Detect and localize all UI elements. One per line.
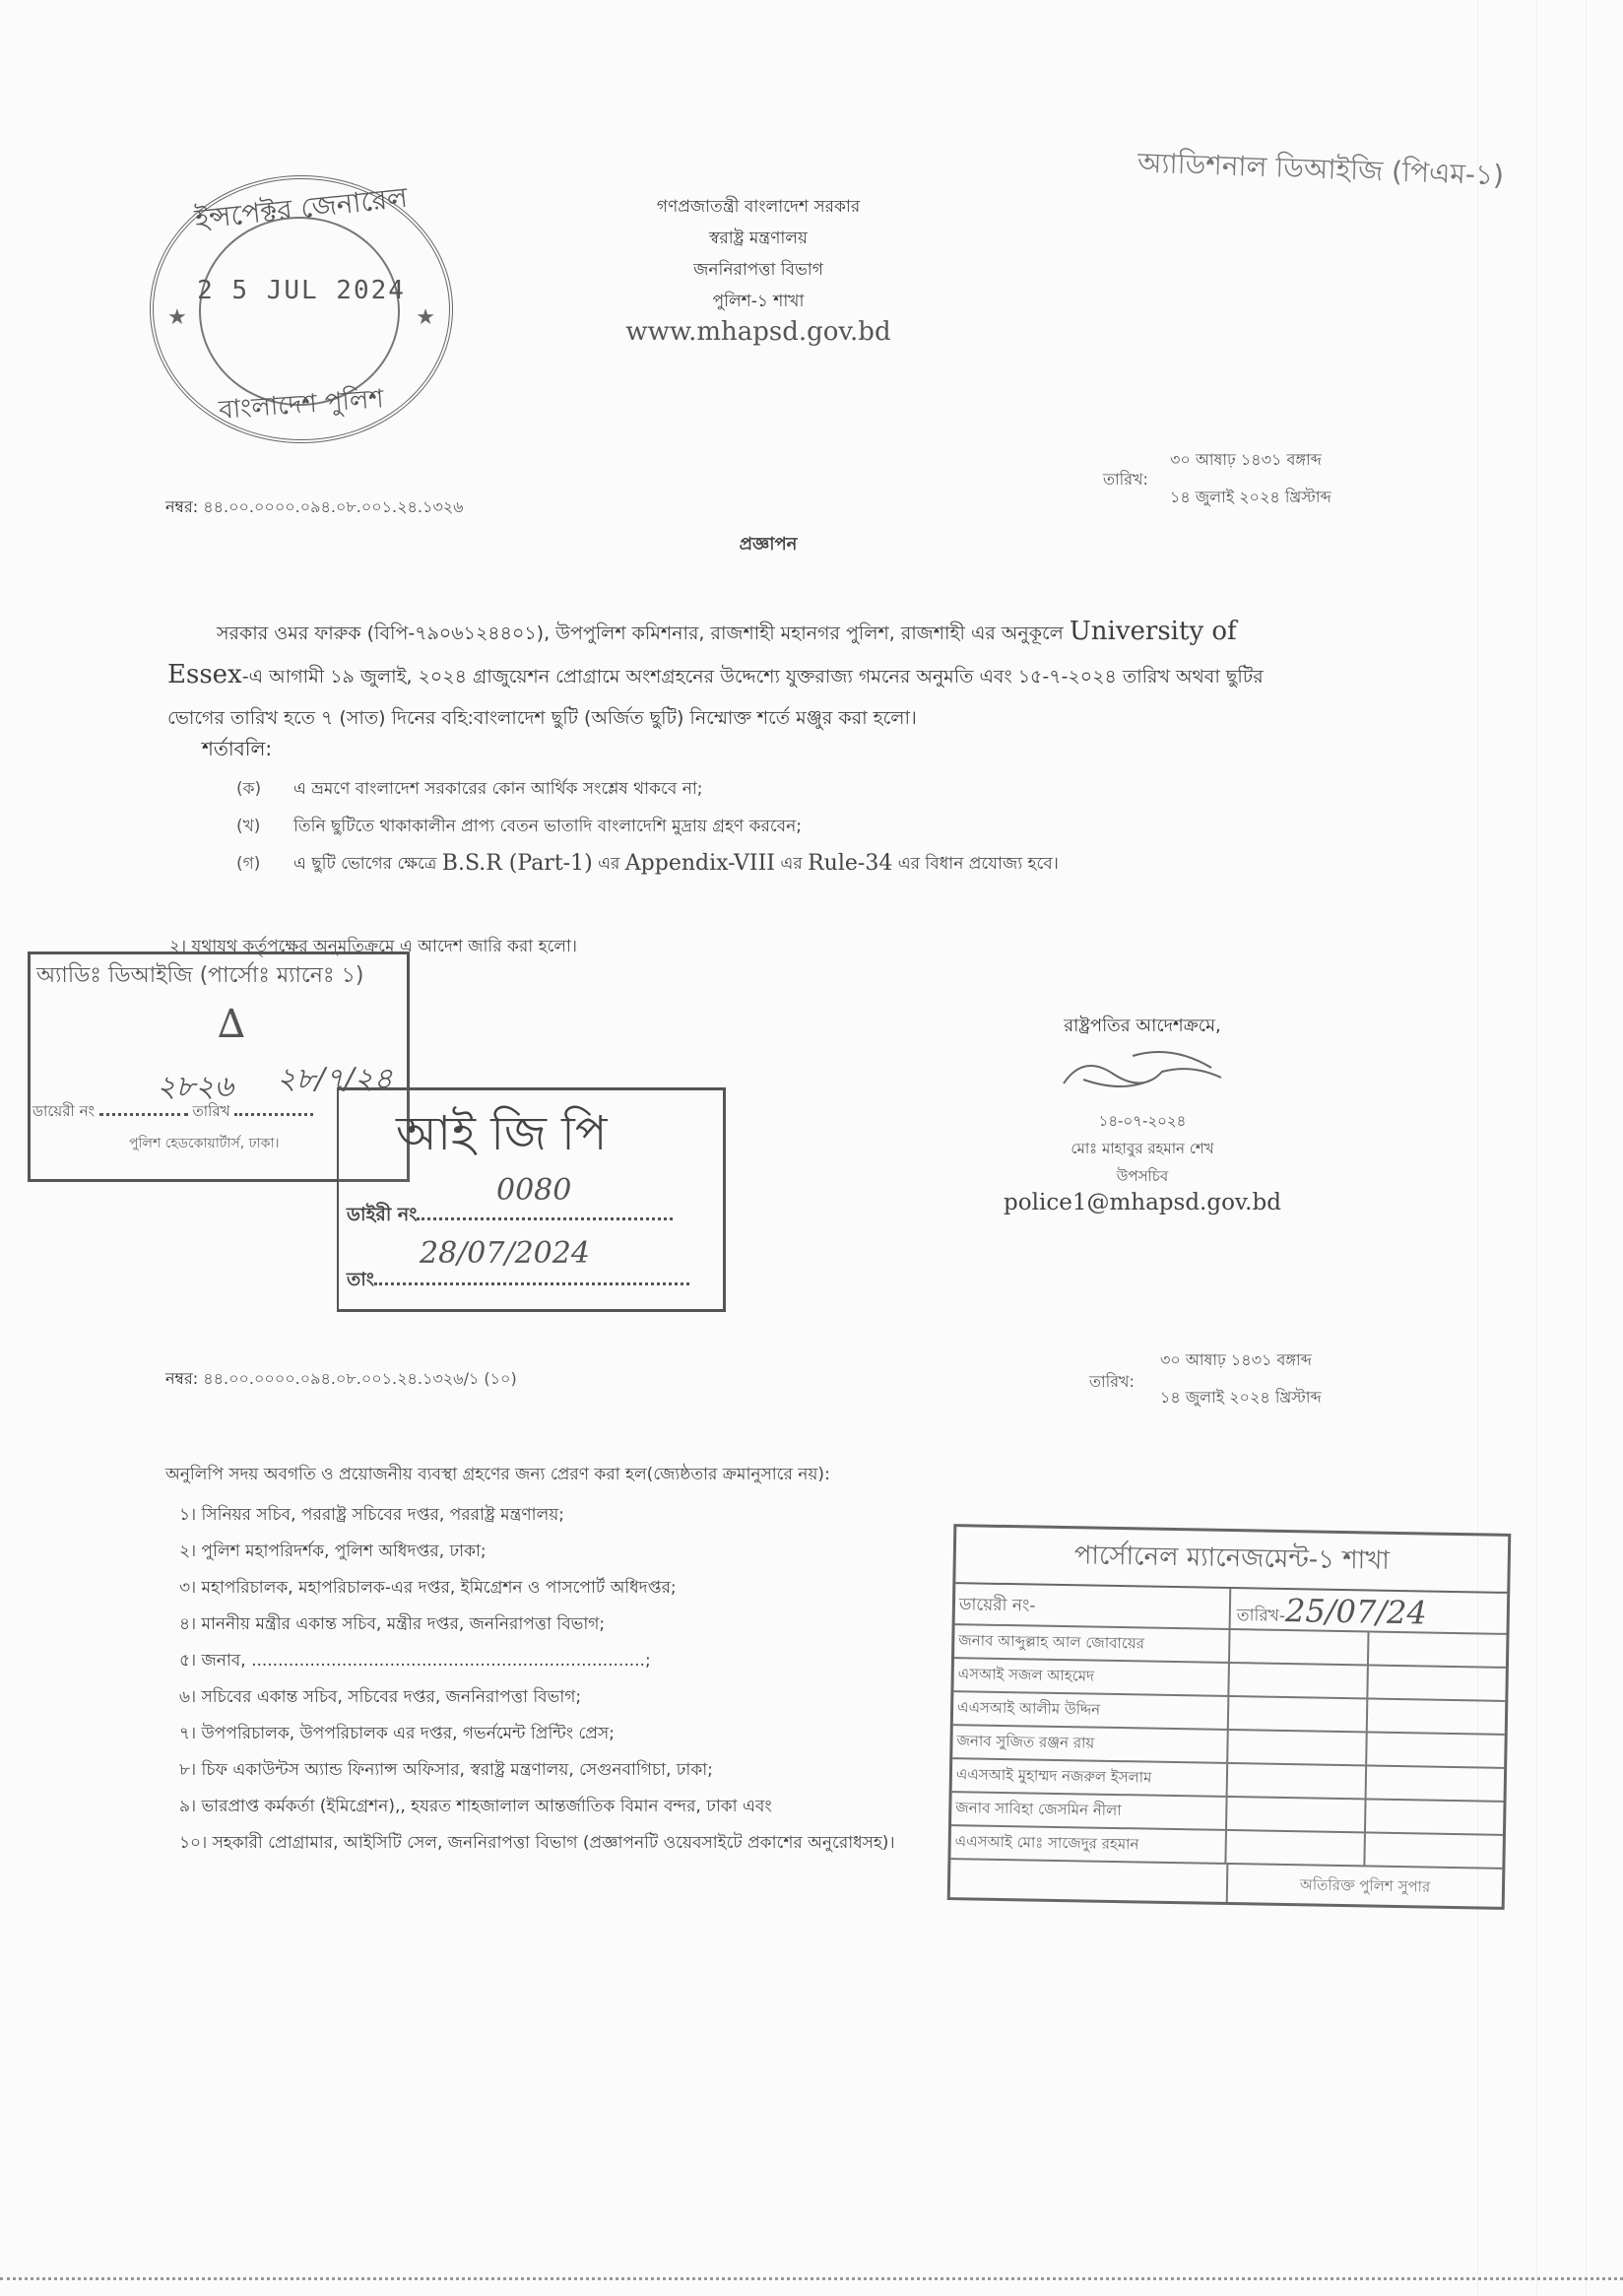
conditions-title: শর্তাবলি: xyxy=(202,735,272,767)
igp-date-row: তাং xyxy=(347,1266,689,1297)
division-name: জননিরাপত্তা বিভাগ xyxy=(552,254,965,286)
copy-memo-date-label: তারিখ: xyxy=(1089,1369,1135,1396)
scan-edge xyxy=(0,2277,1623,2280)
seal-inner-ring xyxy=(199,217,400,406)
copy-memo-date: ৩০ আষাঢ় ১৪৩১ বঙ্গাব্দ ১৪ জুলাই ২০২৪ খ্র… xyxy=(1160,1342,1322,1416)
govt-name: গণপ্রজাতন্ত্রী বাংলাদেশ সরকার xyxy=(552,191,965,223)
website-link[interactable]: www.mhapsd.gov.bd xyxy=(552,317,965,347)
igp-title: আই জি পি xyxy=(396,1098,607,1176)
copy-memo-number: নম্বর: ৪৪.০০.০০০০.০৯৪.০৮.০০১.২৪.১৩২৬/১ (… xyxy=(165,1366,517,1393)
register-diary-label: ডায়েরী নং- xyxy=(955,1584,1232,1628)
memo-date: ৩০ আষাঢ় ১৪৩১ বঙ্গাব্দ ১৪ জুলাই ২০২৪ খ্র… xyxy=(1170,441,1331,516)
initial-mark: ∆ xyxy=(218,1002,245,1047)
memo-date-bangla: ৩০ আষাঢ় ১৪৩১ বঙ্গাব্দ xyxy=(1170,441,1331,479)
distribution-item: ১। সিনিয়র সচিব, পররাষ্ট্র সচিবের দপ্তর,… xyxy=(179,1497,895,1534)
distribution-item: ৫। জনাব, ...............................… xyxy=(179,1643,895,1679)
addl-dig-box-title: অ্যাডিঃ ডিআইজি (পার্সোঃ ম্যানেঃ ১) xyxy=(36,958,363,995)
ministry-name: স্বরাষ্ট্র মন্ত্রণালয় xyxy=(552,223,965,254)
branch-name: পুলিশ-১ শাখা xyxy=(552,286,965,317)
distribution-intro: অনুলিপি সদয় অবগতি ও প্রয়োজনীয় ব্যবস্থ… xyxy=(165,1462,830,1489)
appendix-reference: Appendix-VIII xyxy=(625,845,775,883)
memo-date-label: তারিখ: xyxy=(1103,467,1148,493)
distribution-item: ৬। সচিবের একান্ত সচিব, সচিবের দপ্তর, জনন… xyxy=(179,1679,895,1716)
distribution-item: ১০। সহকারী প্রোগ্রামার, আইসিটি সেল, জননি… xyxy=(179,1825,895,1862)
signatory-designation: উপসচিব xyxy=(945,1162,1339,1190)
seal-bottom-text: বাংলাদেশ পুলিশ xyxy=(192,376,412,434)
scan-artifact xyxy=(1536,0,1537,2296)
bsr-reference: B.S.R (Part-1) xyxy=(442,845,593,883)
memo-date-gregorian: ১৪ জুলাই ২০২৪ খ্রিস্টাব্দ xyxy=(1170,479,1331,516)
para1-text-2: -এ আগামী ১৯ জুলাই, ২০২৪ গ্রাজুয়েশন প্রো… xyxy=(242,666,1264,688)
distribution-list: ১। সিনিয়র সচিব, পররাষ্ট্র সচিবের দপ্তর,… xyxy=(179,1497,895,1862)
igp-diary-row: ডাইরী নং xyxy=(347,1201,673,1232)
signatory-name: মোঃ মাহাবুর রহমান শেখ xyxy=(945,1135,1339,1162)
addl-dig-diary-row: ডায়েরী নং তারিখ xyxy=(32,1100,313,1125)
register-date-cell: তারিখ-25/07/24 xyxy=(1231,1589,1508,1633)
memo-number: নম্বর: ৪৪.০০.০০০০.০৯৪.০৮.০০১.২৪.১৩২৬ xyxy=(165,494,464,521)
signatory-email[interactable]: police1@mhapsd.gov.bd xyxy=(945,1190,1339,1215)
para1-text: সরকার ওমর ফারুক (বিপি-৭৯০৬১২৪৪০১), উপপুল… xyxy=(217,623,1064,644)
addl-dig-footer: পুলিশ হেডকোয়ার্টার্স, ঢাকা। xyxy=(129,1132,279,1155)
register-footer: অতিরিক্ত পুলিশ সুপার xyxy=(1228,1865,1503,1907)
igp-box-stamp: আই জি পি 0080 ডাইরী নং 28/07/2024 তাং xyxy=(337,1087,726,1312)
star-icon: ★ xyxy=(416,305,435,330)
seal-date: 2 5 JUL 2024 xyxy=(154,276,449,305)
register-date-value: 25/07/24 xyxy=(1285,1592,1427,1632)
condition-item: (খ) তিনি ছুটিতে থাকাকালীন প্রাপ্য বেতন ভ… xyxy=(236,808,1059,845)
condition-item: (ক) এ ভ্রমণে বাংলাদেশ সরকারের কোন আর্থিক… xyxy=(236,770,1059,808)
addl-dig-pm1-stamp: অ্যাডিশনাল ডিআইজি (পিএম-১) xyxy=(1136,142,1504,201)
memo-number-value: ৪৪.০০.০০০০.০৯৪.০৮.০০১.২৪.১৩২৬ xyxy=(203,497,463,516)
received-seal-stamp: ইন্সপেক্টর জেনারেল ★ ★ 2 5 JUL 2024 বাংল… xyxy=(150,175,453,443)
conditions-list: (ক) এ ভ্রমণে বাংলাদেশ সরকারের কোন আর্থিক… xyxy=(236,770,1059,883)
by-order-text: রাষ্ট্রপতির আদেশক্রমে, xyxy=(945,1009,1339,1044)
distribution-item: ২। পুলিশ মহাপরিদর্শক, পুলিশ অধিদপ্তর, ঢা… xyxy=(179,1534,895,1570)
body-paragraph: সরকার ওমর ফারুক (বিপি-৭৯০৬১২৪৪০১), উপপুল… xyxy=(167,611,1369,739)
distribution-item: ৮। চিফ একাউন্টস অ্যান্ড ফিন্যান্স অফিসার… xyxy=(179,1752,895,1789)
para1-text-3: ভোগের তারিখ হতে ৭ (সাত) দিনের বহি:বাংলাদ… xyxy=(167,697,1369,739)
letterhead: গণপ্রজাতন্ত্রী বাংলাদেশ সরকার স্বরাষ্ট্র… xyxy=(552,191,965,347)
signature-block: রাষ্ট্রপতির আদেশক্রমে, ১৪-০৭-২০২৪ মোঃ মা… xyxy=(945,1009,1339,1215)
university-name-1: University of xyxy=(1070,617,1237,646)
signature-scribble xyxy=(1044,1044,1241,1103)
scan-artifact xyxy=(1477,0,1478,2296)
distribution-item: ৪। মাননীয় মন্ত্রীর একান্ত সচিব, মন্ত্রী… xyxy=(179,1607,895,1643)
star-icon: ★ xyxy=(167,305,187,330)
distribution-item: ৩। মহাপরিচালক, মহাপরিচালক-এর দপ্তর, ইমিগ… xyxy=(179,1570,895,1607)
rule-reference: Rule-34 xyxy=(808,845,892,883)
register-title: পার্সোনেল ম্যানেজমেন্ট-১ শাখা xyxy=(955,1527,1508,1594)
memo-number-label: নম্বর: xyxy=(165,497,198,516)
distribution-item: ৭। উপপরিচালক, উপপরিচালক এর দপ্তর, গভর্নম… xyxy=(179,1716,895,1752)
signature-date: ১৪-০৭-২০২৪ xyxy=(945,1107,1339,1135)
university-name-2: Essex xyxy=(167,660,242,689)
condition-item: (গ) এ ছুটি ভোগের ক্ষেত্রে B.S.R (Part-1)… xyxy=(236,845,1059,883)
distribution-item: ৯। ভারপ্রাপ্ত কর্মকর্তা (ইমিগ্রেশন),, হয… xyxy=(179,1789,895,1825)
scan-artifact xyxy=(1586,0,1587,2296)
document-title: প্রজ্ঞাপন xyxy=(689,530,847,560)
personnel-management-register-stamp: পার্সোনেল ম্যানেজমেন্ট-১ শাখা ডায়েরী নং… xyxy=(947,1524,1512,1910)
